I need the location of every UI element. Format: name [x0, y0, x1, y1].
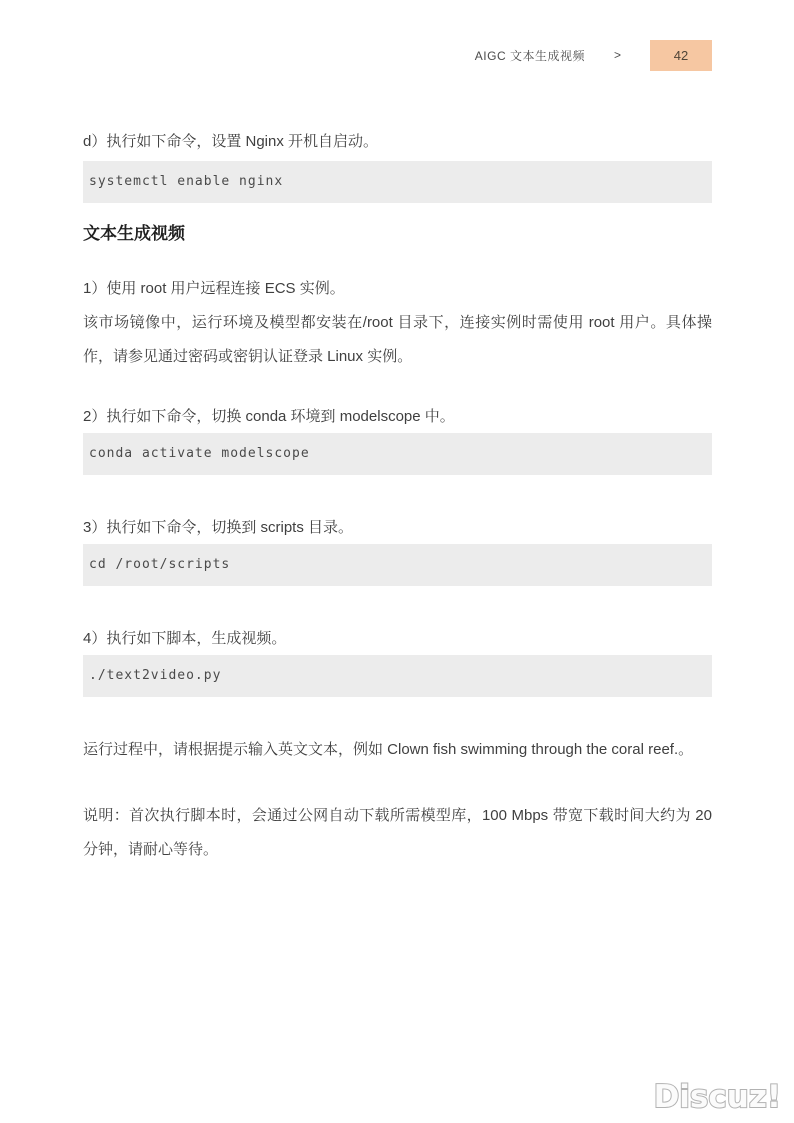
section-title: 文本生成视频 [83, 220, 712, 248]
step-1-note: 该市场镜像中，运行环境及模型都安装在/root 目录下，连接实例时需使用 roo… [83, 306, 712, 374]
code-block-nginx-enable: systemctl enable nginx [83, 161, 712, 203]
breadcrumb-title: AIGC 文本生成视频 [475, 47, 585, 64]
document-body: d）执行如下命令，设置 Nginx 开机自启动。 systemctl enabl… [0, 86, 794, 867]
step-1-label: 1）使用 root 用户远程连接 ECS 实例。 [83, 272, 712, 306]
step-3-label: 3）执行如下命令，切换到 scripts 目录。 [83, 511, 712, 544]
chevron-right-icon: > [614, 48, 621, 62]
page-number-badge: 42 [650, 40, 712, 71]
step-4-label: 4）执行如下脚本，生成视频。 [83, 622, 712, 655]
code-block-conda-activate: conda activate modelscope [83, 433, 712, 475]
page-header: AIGC 文本生成视频 > 42 [0, 0, 794, 86]
step-1-block: 1）使用 root 用户远程连接 ECS 实例。 该市场镜像中，运行环境及模型都… [83, 272, 712, 374]
document-page: AIGC 文本生成视频 > 42 d）执行如下命令，设置 Nginx 开机自启动… [0, 0, 794, 1123]
discuz-watermark: Discuz! [654, 1079, 781, 1115]
code-block-text2video: ./text2video.py [83, 655, 712, 697]
runtime-note-paragraph: 运行过程中，请根据提示输入英文文本，例如 Clown fish swimming… [83, 733, 712, 767]
download-note-paragraph: 说明：首次执行脚本时，会通过公网自动下载所需模型库，100 Mbps 带宽下载时… [83, 799, 712, 867]
step-d-label: d）执行如下命令，设置 Nginx 开机自启动。 [83, 125, 712, 158]
code-block-cd-scripts: cd /root/scripts [83, 544, 712, 586]
step-2-label: 2）执行如下命令，切换 conda 环境到 modelscope 中。 [83, 400, 712, 433]
